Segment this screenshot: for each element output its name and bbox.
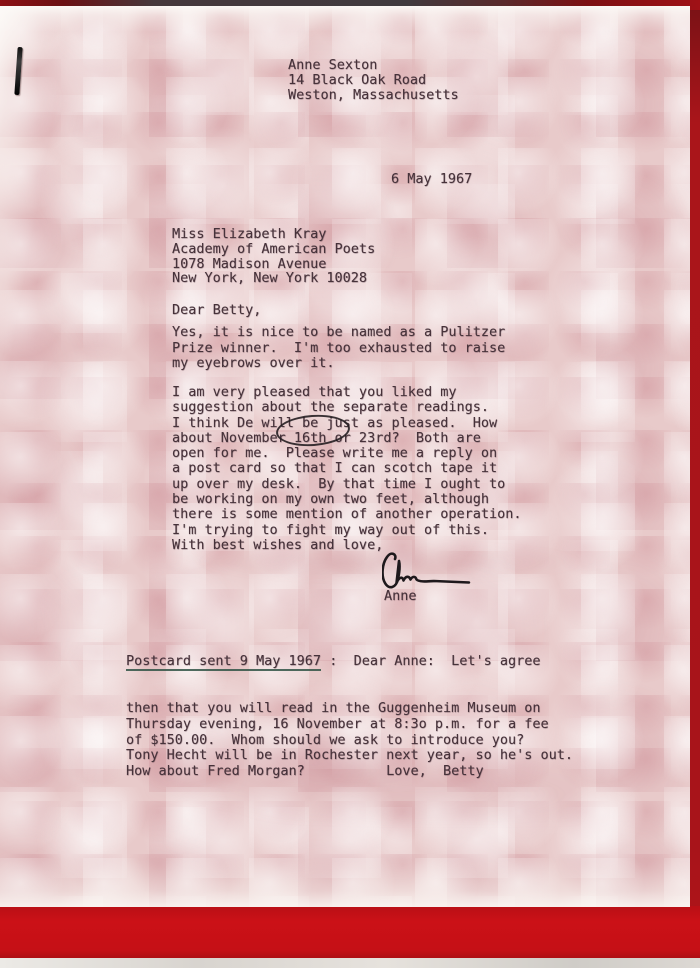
postcard-annotation: Postcard sent 9 May 1967 : Dear Anne: Le…: [126, 622, 573, 812]
postcard-first-line: Postcard sent 9 May 1967 : Dear Anne: Le…: [126, 654, 573, 670]
signature-typed-name: Anne: [384, 589, 417, 605]
sender-address: Anne Sexton 14 Black Oak Road Weston, Ma…: [288, 58, 459, 103]
letter-date: 6 May 1967: [391, 172, 472, 188]
red-border-bottom: [0, 906, 700, 958]
closing-line: With best wishes and love,: [172, 538, 383, 554]
scanned-letter-page: Anne Sexton 14 Black Oak Road Weston, Ma…: [0, 0, 700, 968]
scan-bottom-edge: [0, 958, 700, 968]
postcard-underlined-date: Postcard sent 9 May 1967: [126, 653, 321, 671]
postcard-body: then that you will read in the Guggenhei…: [126, 701, 573, 780]
body-paragraph-1: Yes, it is nice to be named as a Pulitze…: [172, 325, 505, 372]
red-border-right: [689, 10, 700, 958]
recipient-address: Miss Elizabeth Kray Academy of American …: [172, 227, 375, 286]
letter-paper: Anne Sexton 14 Black Oak Road Weston, Ma…: [0, 6, 690, 907]
staple-mark: [14, 47, 22, 95]
postcard-first-line-rest: : Dear Anne: Let's agree: [321, 653, 540, 669]
salutation: Dear Betty,: [172, 303, 261, 319]
body-paragraph-2: I am very pleased that you liked my sugg…: [172, 385, 522, 538]
